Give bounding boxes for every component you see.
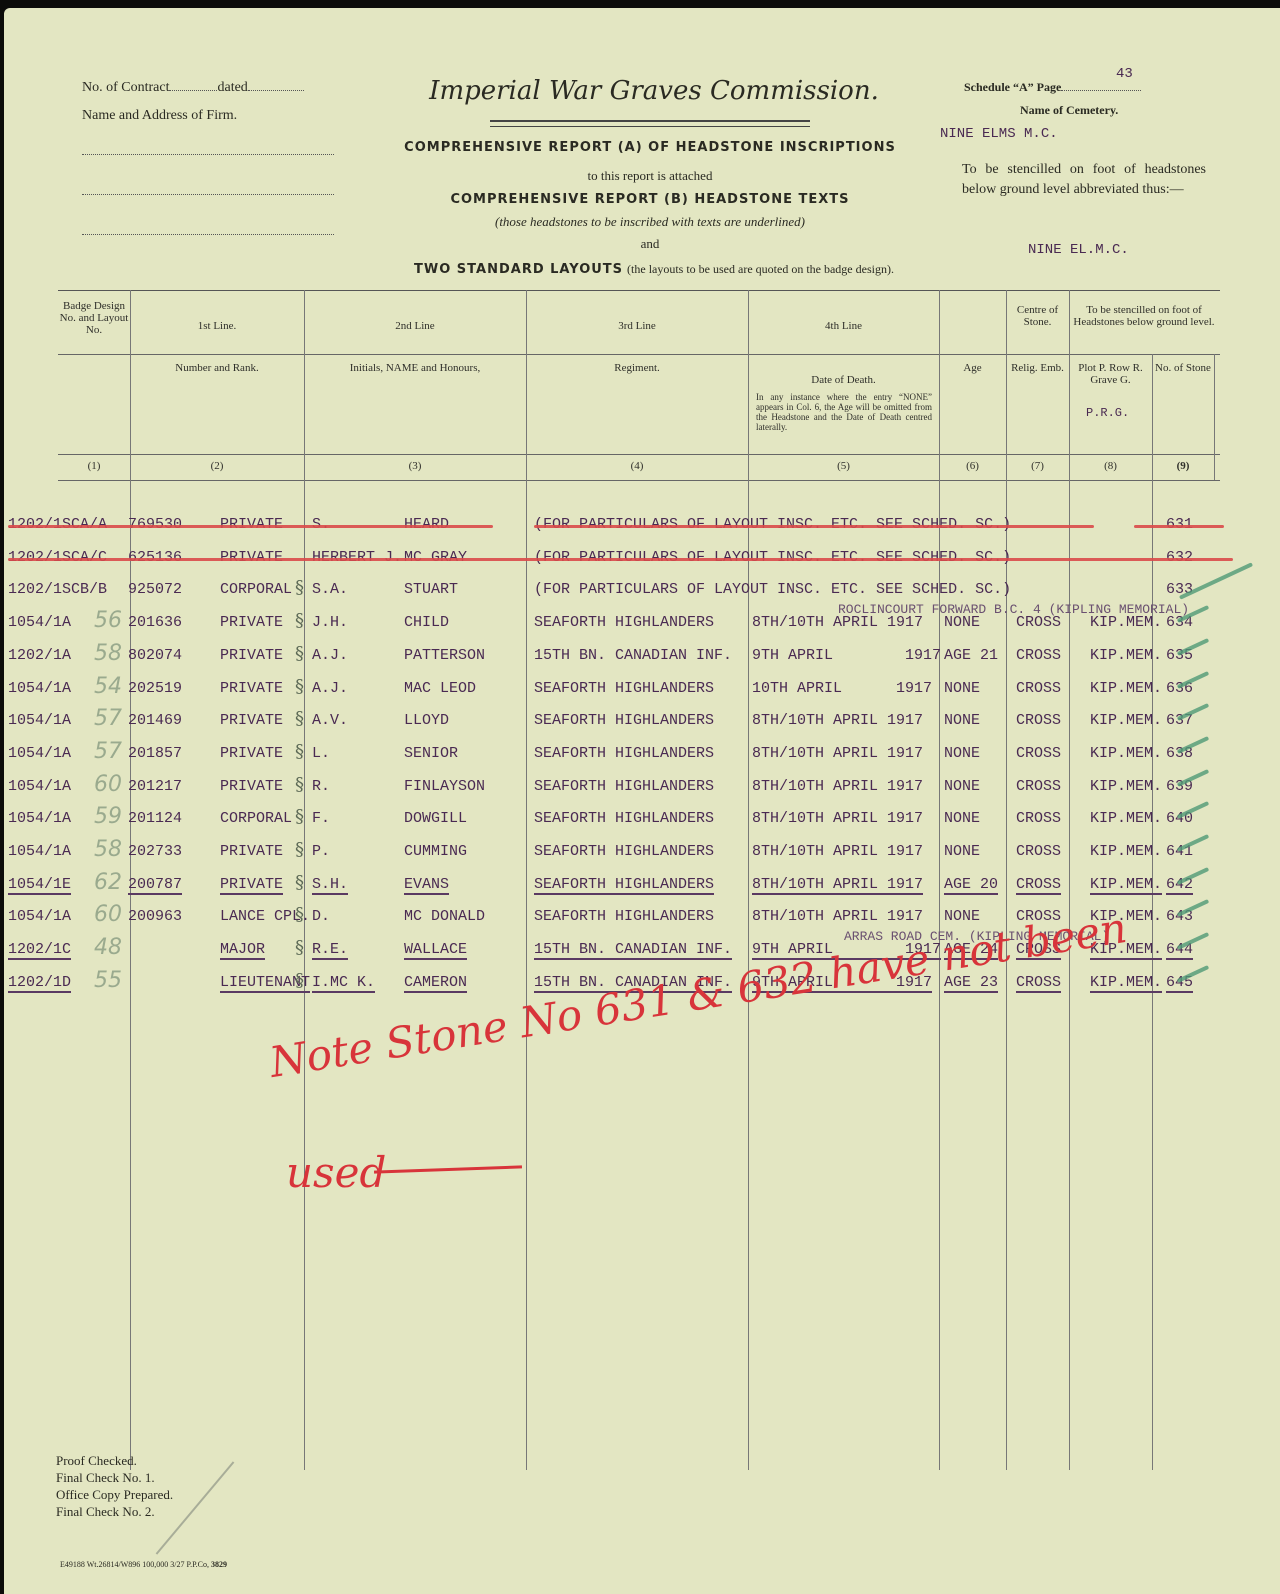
surname: MAC LEOD xyxy=(404,680,476,697)
surname: EVANS xyxy=(404,876,449,895)
religious-emblem: CROSS xyxy=(1016,778,1061,795)
religious-emblem: CROSS xyxy=(1016,647,1061,664)
firm-line-3 xyxy=(82,234,334,235)
plot-row-grave: KIP.MEM. xyxy=(1090,876,1162,895)
col-num-9: (9) xyxy=(1152,460,1214,472)
scroll-ornament-icon: § xyxy=(295,741,304,762)
page-number: 43 xyxy=(1116,66,1133,82)
check-office-copy: Office Copy Prepared. xyxy=(56,1486,173,1503)
initials: S.A. xyxy=(312,581,348,598)
scroll-ornament-icon: § xyxy=(295,970,304,991)
initials: I.MC K. xyxy=(312,974,375,993)
service-number: 201636 xyxy=(128,614,182,631)
pencil-annotation: 60 xyxy=(94,772,122,797)
initials: A.J. xyxy=(312,647,348,664)
date-of-death: 10TH APRIL 1917 xyxy=(752,680,932,697)
scroll-ornament-icon: § xyxy=(295,904,304,925)
scroll-ornament-icon: § xyxy=(295,937,304,958)
col-divider-9 xyxy=(1214,354,1215,480)
col-num-5: (5) xyxy=(748,460,939,472)
service-number: 202519 xyxy=(128,680,182,697)
service-number: 201469 xyxy=(128,712,182,729)
contract-field: No. of Contractdated xyxy=(82,80,304,96)
stencil-note: To be stencilled on foot of headstones b… xyxy=(962,160,1206,200)
red-strikethrough xyxy=(8,525,493,528)
service-number: 201857 xyxy=(128,745,182,762)
surname: PATTERSON xyxy=(404,647,485,664)
badge-design-no: 1054/1A xyxy=(8,778,71,795)
commission-title: Imperial War Graves Commission. xyxy=(384,76,924,106)
scroll-ornament-icon: § xyxy=(295,872,304,893)
col-num-6: (6) xyxy=(939,460,1006,472)
badge-design-no: 1202/1D xyxy=(8,974,71,993)
layouts-heading: TWO STANDARD LAYOUTS xyxy=(414,262,623,277)
regiment: SEAFORTH HIGHLANDERS xyxy=(534,680,714,697)
badge-design-no: 1054/1A xyxy=(8,712,71,729)
date-of-death: 8TH/10TH APRIL 1917 xyxy=(752,876,923,895)
schedule-label: Schedule “A” Page xyxy=(964,80,1141,95)
badge-design-no: 1202/1SCB/B xyxy=(8,581,107,598)
handwritten-note-line1: Note Stone No 631 & 632 have not been xyxy=(266,903,1130,1087)
check-final-2: Final Check No. 2. xyxy=(56,1503,173,1520)
date-of-death: 8TH/10TH APRIL 1917 xyxy=(752,843,923,860)
cemetery-name: NINE ELMS M.C. xyxy=(940,126,1058,142)
pencil-annotation: 54 xyxy=(94,674,122,699)
pencil-annotation: 58 xyxy=(94,837,122,862)
badge-design-no: 1054/1A xyxy=(8,745,71,762)
check-final-1: Final Check No. 1. xyxy=(56,1469,173,1486)
col-subheader-no-of-stone: No. of Stone xyxy=(1152,362,1214,374)
print-code: E49188 Wt.26814/W896 100,000 3/27 P.P.Co… xyxy=(60,1560,227,1569)
attached-text: to this report is attached xyxy=(360,168,940,184)
religious-emblem: CROSS xyxy=(1016,876,1061,895)
prg-stamp: P.R.G. xyxy=(1086,406,1129,420)
cemetery-label: Name of Cemetery. xyxy=(1020,103,1118,118)
regiment: SEAFORTH HIGHLANDERS xyxy=(534,745,714,762)
initials: J.H. xyxy=(312,614,348,631)
form-sheet: No. of Contractdated Name and Address of… xyxy=(4,8,1280,1594)
layouts-note: (the layouts to be used are quoted on th… xyxy=(627,262,894,276)
badge-design-no: 1054/1A xyxy=(8,614,71,631)
rank: PRIVATE xyxy=(220,614,283,631)
initials: A.V. xyxy=(312,712,348,729)
title-rule xyxy=(490,120,810,127)
age: NONE xyxy=(944,843,980,860)
col-header-3rd-line: 3rd Line xyxy=(526,320,748,332)
service-number: 802074 xyxy=(128,647,182,664)
check-proof: Proof Checked. xyxy=(56,1452,173,1469)
initials: D. xyxy=(312,908,330,925)
pencil-annotation: 59 xyxy=(94,804,122,829)
col-num-3: (3) xyxy=(304,460,526,472)
surname: LLOYD xyxy=(404,712,449,729)
rank: CORPORAL xyxy=(220,581,292,598)
scroll-ornament-icon: § xyxy=(295,610,304,631)
col-num-4: (4) xyxy=(526,460,748,472)
badge-design-no: 1054/1E xyxy=(8,876,71,895)
print-code-text: E49188 Wt.26814/W896 100,000 3/27 P.P.Co… xyxy=(60,1560,209,1569)
badge-design-no: 1054/1A xyxy=(8,908,71,925)
initials: R. xyxy=(312,778,330,795)
stencil-abbrev: NINE EL.M.C. xyxy=(1028,242,1129,258)
pencil-annotation: 58 xyxy=(94,641,122,666)
service-number: 201124 xyxy=(128,810,182,827)
rank: MAJOR xyxy=(220,941,265,960)
age: NONE xyxy=(944,712,980,729)
red-strikethrough xyxy=(8,558,1233,561)
table-nums-divider xyxy=(58,480,1220,481)
regiment: SEAFORTH HIGHLANDERS xyxy=(534,712,714,729)
col-subheader-relig-emb: Relig. Emb. xyxy=(1006,362,1069,374)
regiment: SEAFORTH HIGHLANDERS xyxy=(534,908,714,925)
plot-row-grave: KIP.MEM. xyxy=(1090,647,1162,664)
firm-label: Name and Address of Firm. xyxy=(82,108,237,124)
rank: PRIVATE xyxy=(220,843,283,860)
regiment: SEAFORTH HIGHLANDERS xyxy=(534,810,714,827)
service-number: 925072 xyxy=(128,581,182,598)
pencil-annotation: 60 xyxy=(94,902,122,927)
table-subheader-divider xyxy=(58,454,1220,455)
col-num-7: (7) xyxy=(1006,460,1069,472)
pencil-annotation: 56 xyxy=(94,608,122,633)
scroll-ornament-icon: § xyxy=(295,708,304,729)
rank: PRIVATE xyxy=(220,712,283,729)
initials: L. xyxy=(312,745,330,762)
date-of-death: 8TH/10TH APRIL 1917 xyxy=(752,810,923,827)
col-subheader-plot-row-grave: Plot P. Row R. Grave G. xyxy=(1069,362,1152,386)
service-number: 200963 xyxy=(128,908,182,925)
surname: MC DONALD xyxy=(404,908,485,925)
col-subheader-age: Age xyxy=(939,362,1006,374)
col-header-centre-of-stone: Centre of Stone. xyxy=(1006,304,1069,328)
schedule-text: Schedule “A” Page xyxy=(964,80,1061,94)
badge-design-no: 1054/1A xyxy=(8,810,71,827)
firm-line-1 xyxy=(82,154,334,155)
scroll-ornament-icon: § xyxy=(295,839,304,860)
initials: A.J. xyxy=(312,680,348,697)
plot-row-grave: KIP.MEM. xyxy=(1090,974,1162,993)
handwritten-underline xyxy=(374,1165,522,1173)
pencil-annotation: 57 xyxy=(94,706,122,731)
col-header-4th-line: 4th Line xyxy=(748,320,939,332)
badge-design-no: 1202/1A xyxy=(8,647,71,664)
scroll-ornament-icon: § xyxy=(295,774,304,795)
report-b-heading: COMPREHENSIVE REPORT (B) HEADSTONE TEXTS xyxy=(360,192,940,207)
handwritten-note-line2: used xyxy=(286,1148,386,1197)
col-header-2nd-line: 2nd Line xyxy=(304,320,526,332)
plot-row-grave: KIP.MEM. xyxy=(1090,680,1162,697)
rank: PRIVATE xyxy=(220,745,283,762)
surname: SENIOR xyxy=(404,745,458,762)
date-of-death: 8TH/10TH APRIL 1917 xyxy=(752,712,923,729)
surname: CUMMING xyxy=(404,843,467,860)
pencil-annotation: 62 xyxy=(94,870,122,895)
religious-emblem: CROSS xyxy=(1016,974,1061,993)
check-list: Proof Checked. Final Check No. 1. Office… xyxy=(56,1452,173,1520)
service-number: 200787 xyxy=(128,876,182,895)
age: NONE xyxy=(944,810,980,827)
regiment: 15TH BN. CANADIAN INF. xyxy=(534,941,732,960)
print-number: 3829 xyxy=(211,1560,227,1569)
regiment: SEAFORTH HIGHLANDERS xyxy=(534,843,714,860)
date-of-death: 8TH/10TH APRIL 1917 xyxy=(752,745,923,762)
regiment: SEAFORTH HIGHLANDERS xyxy=(534,614,714,631)
col-num-2: (2) xyxy=(130,460,304,472)
religious-emblem: CROSS xyxy=(1016,680,1061,697)
badge-design-no: 1054/1A xyxy=(8,843,71,860)
report-a-heading: COMPREHENSIVE REPORT (A) OF HEADSTONE IN… xyxy=(360,140,940,155)
scroll-ornament-icon: § xyxy=(295,676,304,697)
initials: R.E. xyxy=(312,941,348,960)
initials: F. xyxy=(312,810,330,827)
badge-design-no: 1054/1A xyxy=(8,680,71,697)
date-of-death-note: In any instance where the entry “NONE” a… xyxy=(756,392,932,432)
date-of-death: 9TH APRIL 1917 xyxy=(752,647,941,664)
contract-label: No. of Contract xyxy=(82,80,169,95)
rank: CORPORAL xyxy=(220,810,292,827)
rank: PRIVATE xyxy=(220,680,283,697)
texts-note: (those headstones to be inscribed with t… xyxy=(360,214,940,230)
col-num-1: (1) xyxy=(58,460,130,472)
age: AGE 20 xyxy=(944,876,998,895)
date-of-death: 8TH/10TH APRIL 1917 xyxy=(752,778,923,795)
scroll-ornament-icon: § xyxy=(295,643,304,664)
red-strikethrough xyxy=(534,525,1094,528)
dated-label: dated xyxy=(217,80,247,95)
col-subheader-initials-name: Initials, NAME and Honours, xyxy=(304,362,526,374)
age: AGE 21 xyxy=(944,647,998,664)
col-subheader-date-of-death: Date of Death. xyxy=(748,374,939,386)
initials: P. xyxy=(312,843,330,860)
cemetery-annotation: ROCLINCOURT FORWARD B.C. 4 (KIPLING MEMO… xyxy=(838,602,1189,617)
col-header-stencilled: To be stencilled on foot of Headstones b… xyxy=(1069,304,1219,328)
surname: WALLACE xyxy=(404,941,467,960)
scroll-ornament-icon: § xyxy=(295,806,304,827)
scroll-ornament-icon: § xyxy=(295,577,304,598)
pencil-annotation: 48 xyxy=(94,935,122,960)
layouts-line: TWO STANDARD LAYOUTS (the layouts to be … xyxy=(334,260,974,278)
religious-emblem: CROSS xyxy=(1016,810,1061,827)
religious-emblem: CROSS xyxy=(1016,843,1061,860)
plot-row-grave: KIP.MEM. xyxy=(1090,810,1162,827)
pencil-annotation: 57 xyxy=(94,739,122,764)
col-header-badge: Badge Design No. and Layout No. xyxy=(58,300,130,336)
date-of-death: 8TH/10TH APRIL 1917 xyxy=(752,908,923,925)
regiment: 15TH BN. CANADIAN INF. xyxy=(534,647,732,664)
age: NONE xyxy=(944,680,980,697)
rank: PRIVATE xyxy=(220,647,283,664)
col-subheader-number-rank: Number and Rank. xyxy=(130,362,304,374)
pencil-annotation: 55 xyxy=(94,968,122,993)
col-header-1st-line: 1st Line. xyxy=(130,320,304,332)
age: NONE xyxy=(944,908,980,925)
initials: S.H. xyxy=(312,876,348,895)
age: NONE xyxy=(944,778,980,795)
plot-row-grave: KIP.MEM. xyxy=(1090,712,1162,729)
col-subheader-regiment: Regiment. xyxy=(526,362,748,374)
rank: PRIVATE xyxy=(220,876,283,895)
regiment: SEAFORTH HIGHLANDERS xyxy=(534,876,714,895)
surname: DOWGILL xyxy=(404,810,467,827)
badge-design-no: 1202/1C xyxy=(8,941,71,960)
surname: CAMERON xyxy=(404,974,467,993)
plot-row-grave: KIP.MEM. xyxy=(1090,843,1162,860)
red-strikethrough xyxy=(1134,525,1224,528)
regiment: (FOR PARTICULARS OF LAYOUT INSC. ETC. SE… xyxy=(534,581,1011,598)
service-number: 201217 xyxy=(128,778,182,795)
table-header-divider xyxy=(58,354,1220,355)
plot-row-grave: KIP.MEM. xyxy=(1090,778,1162,795)
firm-line-2 xyxy=(82,194,334,195)
plot-row-grave: KIP.MEM. xyxy=(1090,745,1162,762)
service-number: 202733 xyxy=(128,843,182,860)
regiment: SEAFORTH HIGHLANDERS xyxy=(534,778,714,795)
surname: CHILD xyxy=(404,614,449,631)
rank: PRIVATE xyxy=(220,778,283,795)
and-text: and xyxy=(360,236,940,252)
religious-emblem: CROSS xyxy=(1016,712,1061,729)
surname: FINLAYSON xyxy=(404,778,485,795)
age: NONE xyxy=(944,745,980,762)
col-num-8: (8) xyxy=(1069,460,1152,472)
religious-emblem: CROSS xyxy=(1016,745,1061,762)
table-top-rule xyxy=(58,290,1220,291)
surname: STUART xyxy=(404,581,458,598)
